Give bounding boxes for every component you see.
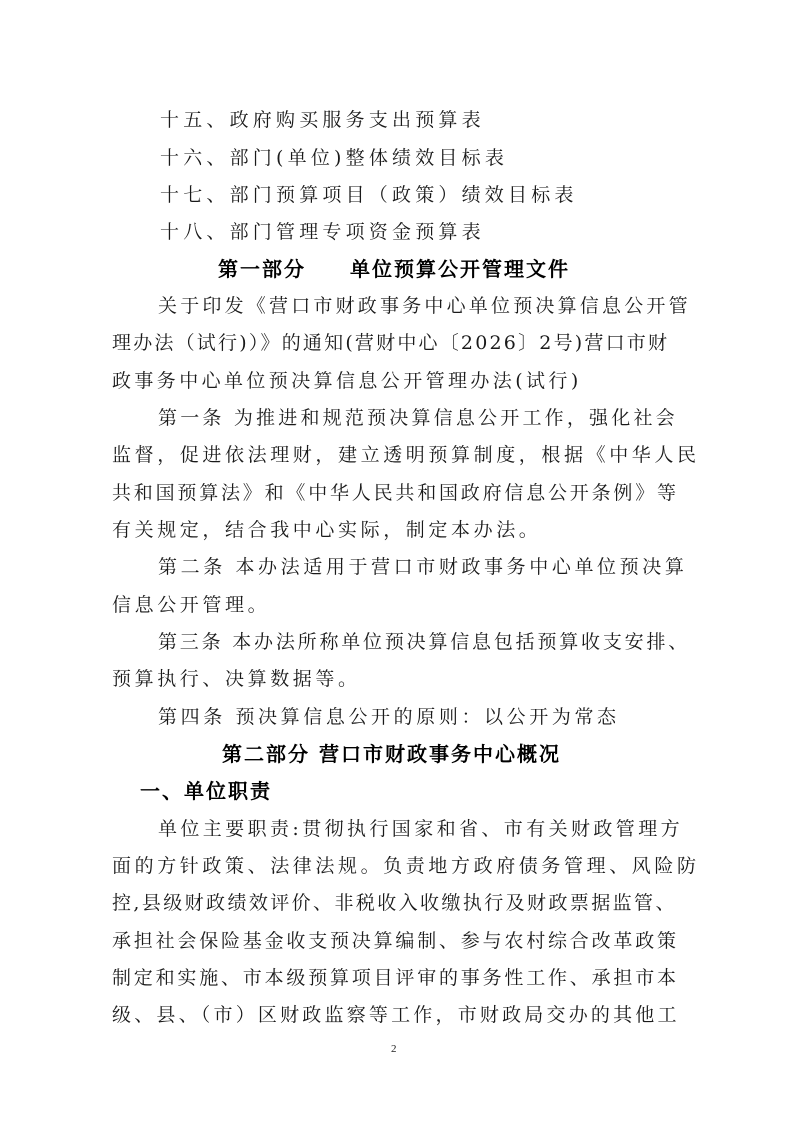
- article1-line-3: 共和国预算法》和《中华人民共和国政府信息公开条例》等: [112, 481, 679, 505]
- duties-line-2: 面的方针政策、法律法规。负责地方政府债务管理、风险防: [112, 854, 700, 878]
- article3-line-1: 第三条 本办法所称单位预决算信息包括预算收支安排、: [158, 630, 690, 654]
- duties-line-3: 控,县级财政绩效评价、非税收入收缴执行及财政票据监管、: [112, 891, 677, 915]
- article1-line-4: 有关规定，结合我中心实际，制定本办法。: [112, 518, 541, 542]
- page-number: 2: [391, 1043, 397, 1055]
- article2-line-2: 信息公开管理。: [112, 593, 270, 617]
- article2-line-1: 第二条 本办法适用于营口市财政事务中心单位预决算: [158, 555, 687, 579]
- part2-title: 第二部分 营口市财政事务中心概况: [222, 742, 561, 766]
- part1-title: 第一部分 单位预算公开管理文件: [218, 257, 570, 281]
- toc-item-18: 十八、部门管理专项资金预算表: [160, 220, 485, 244]
- document-page: 十五、政府购买服务支出预算表 十六、部门(单位)整体绩效目标表 十七、部门预算项…: [0, 0, 793, 1122]
- article4-line-1: 第四条 预决算信息公开的原则：以公开为常态: [158, 705, 620, 729]
- article3-line-2: 预算执行、决算数据等。: [112, 667, 361, 691]
- duties-line-4: 承担社会保险基金收支预决算编制、参与农村综合改革政策: [112, 929, 679, 953]
- intro-line-2: 理办法（试行)）》的通知(营财中心〔2026〕2号)营口市财: [112, 331, 669, 355]
- toc-item-15: 十五、政府购买服务支出预算表: [160, 108, 485, 132]
- toc-item-17: 十七、部门预算项目（政策）绩效目标表: [160, 183, 578, 207]
- section1-title: 一、单位职责: [140, 779, 272, 803]
- duties-line-5: 制定和实施、市本级预算项目评审的事务性工作、承担市本: [112, 966, 679, 990]
- article1-line-1: 第一条 为推进和规范预决算信息公开工作，强化社会: [158, 406, 678, 430]
- intro-line-1: 关于印发《营口市财政事务中心单位预决算信息公开管: [158, 294, 691, 318]
- toc-item-16: 十六、部门(单位)整体绩效目标表: [160, 146, 508, 170]
- article1-line-2: 监督，促进依法理财，建立透明预算制度，根据《中华人民: [112, 443, 700, 467]
- intro-line-3: 政事务中心单位预决算信息公开管理办法(试行): [112, 369, 582, 393]
- duties-line-1: 单位主要职责:贯彻执行国家和省、市有关财政管理方: [158, 817, 683, 841]
- duties-line-6: 级、县、（市）区财政监察等工作，市财政局交办的其他工: [112, 1003, 680, 1027]
